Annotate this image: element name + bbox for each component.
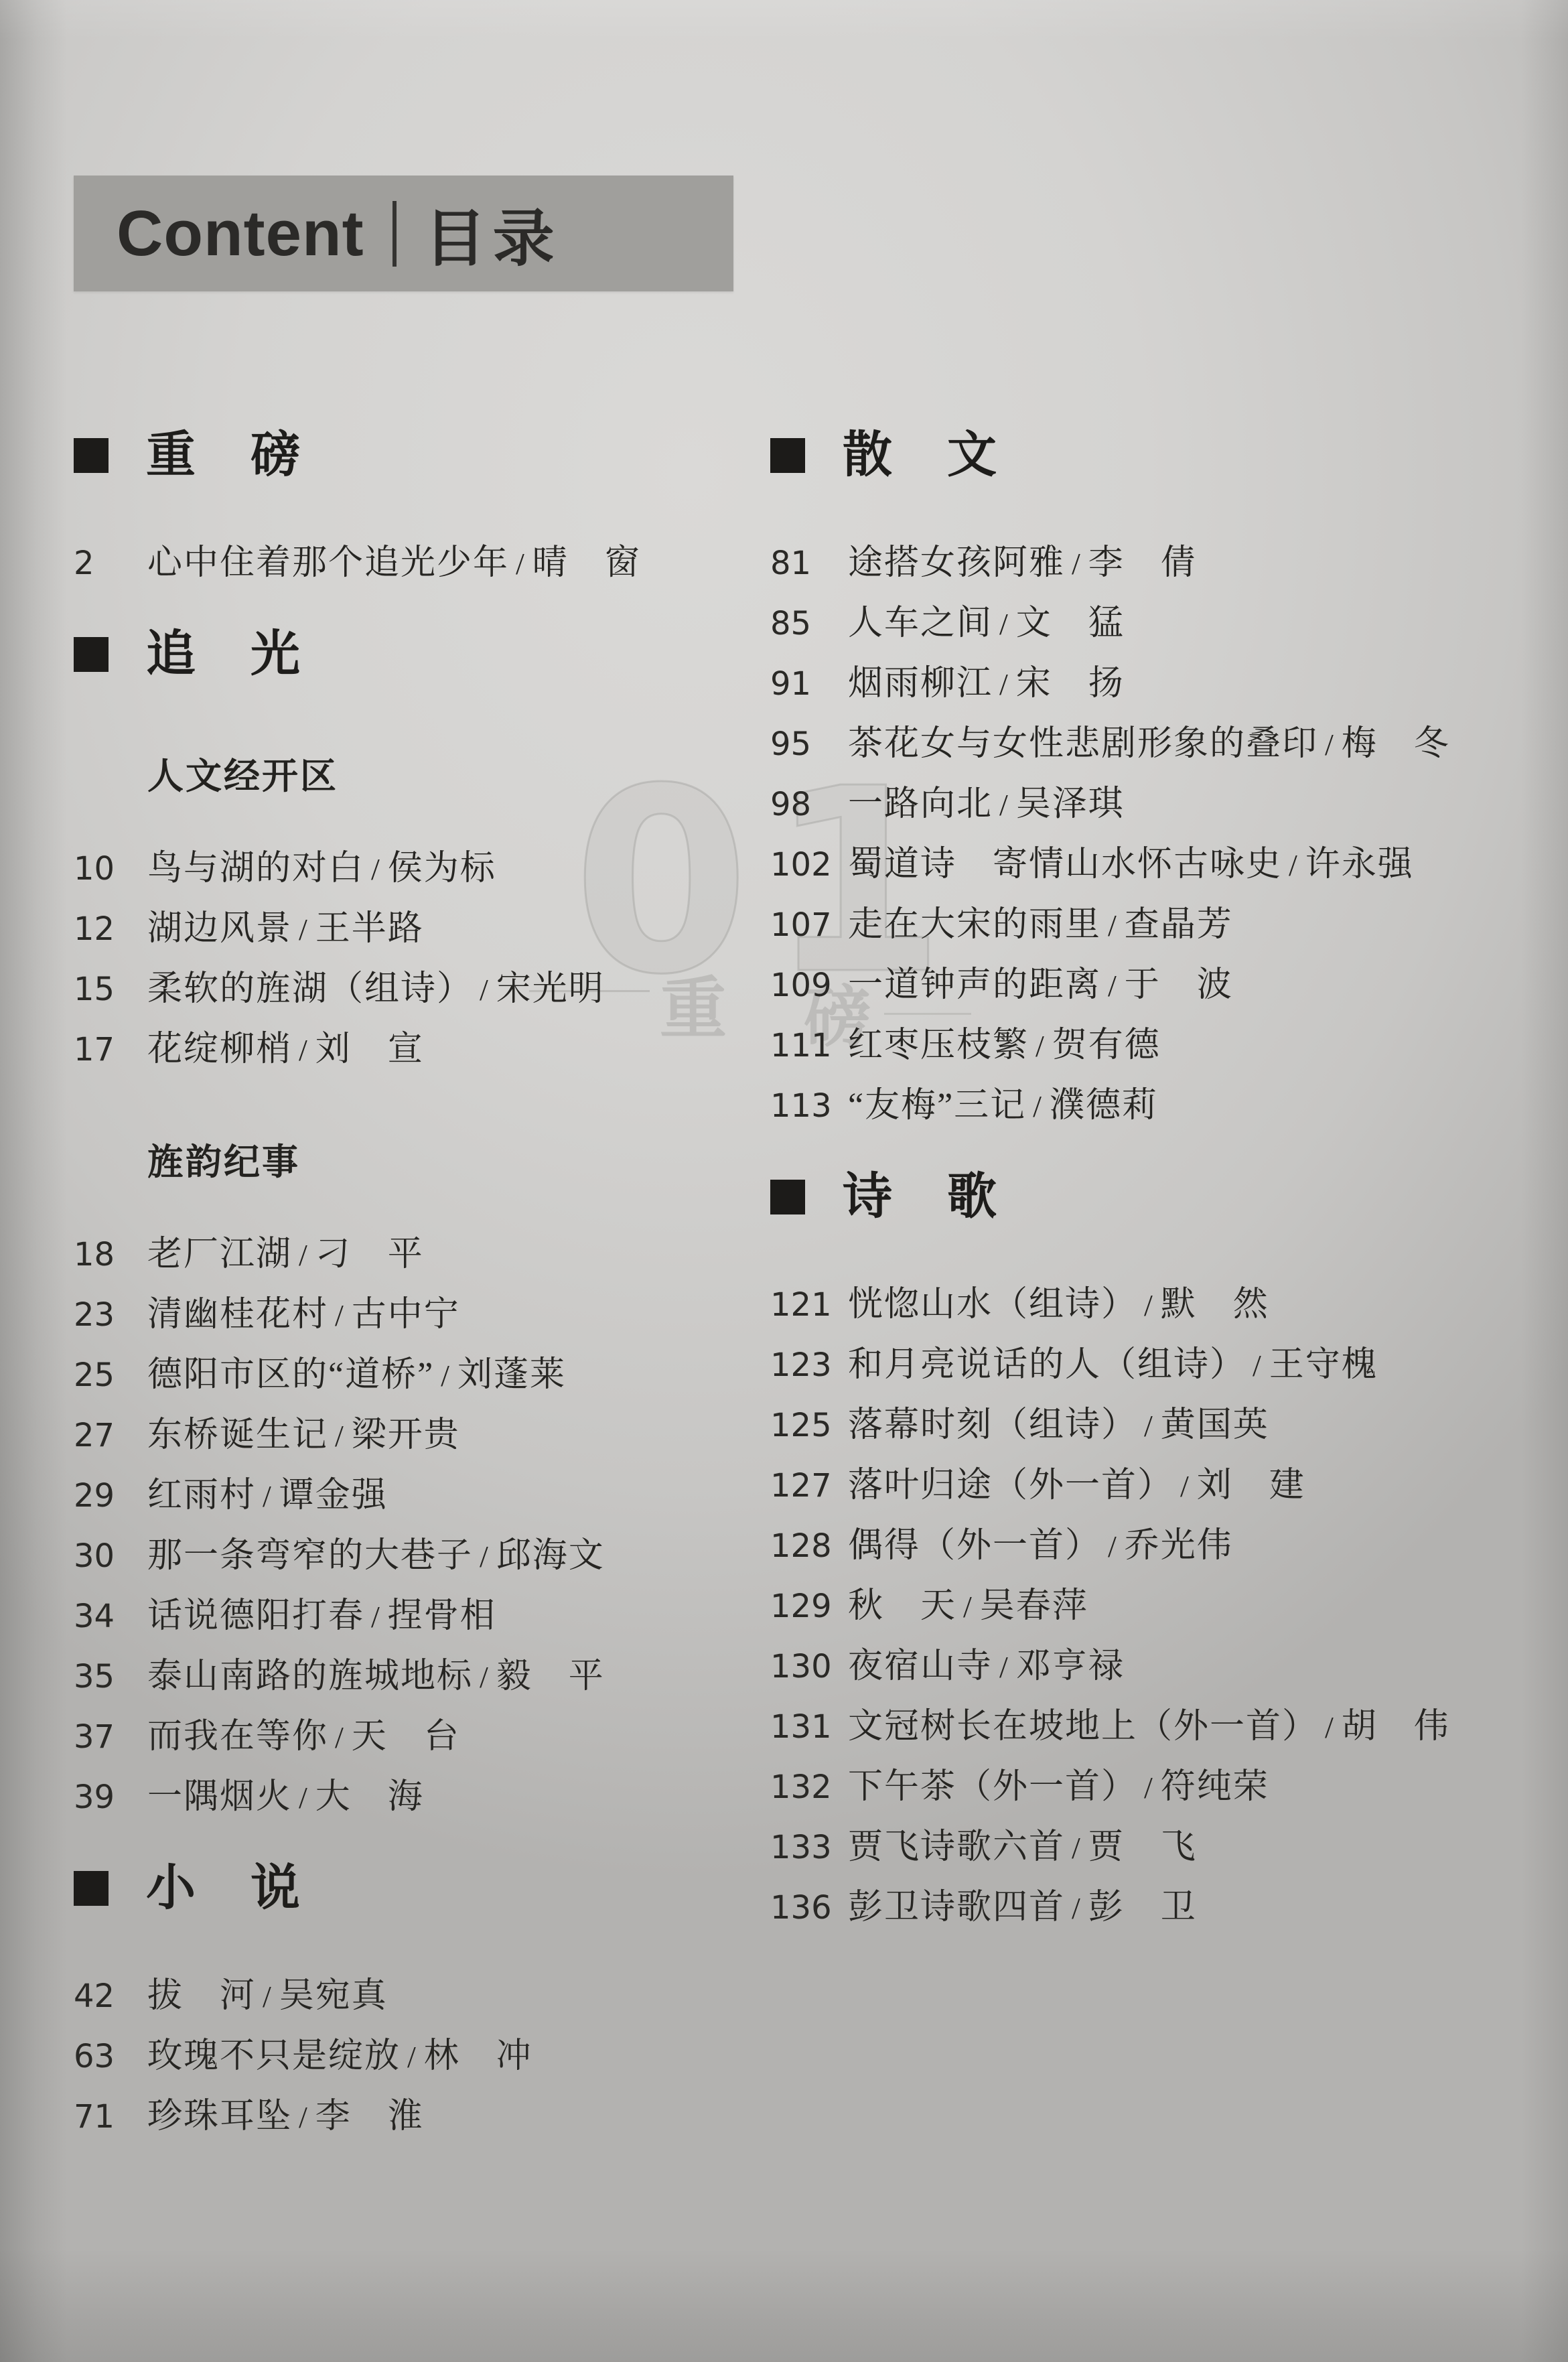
toc-entry: 10鸟与湖的对白/侯为标 — [74, 851, 750, 886]
toc-entry: 136彭卫诗歌四首/彭 卫 — [770, 1890, 1534, 1925]
entry-author: 文 猛 — [1016, 606, 1125, 641]
entry-author: 吴春萍 — [980, 1589, 1088, 1624]
entry-page-number: 132 — [770, 1770, 848, 1805]
entry-title: 夜宿山寺 — [848, 1649, 993, 1684]
entry-author: 刘 宣 — [315, 1032, 424, 1067]
section-marker-icon — [74, 1871, 109, 1906]
entry-page-number: 12 — [74, 912, 147, 947]
entry-separator: / — [441, 1359, 449, 1393]
entry-separator: / — [299, 912, 307, 947]
toc-entry: 39一隅烟火/大 海 — [74, 1780, 750, 1815]
entry-title: 红枣压枝繁 — [848, 1028, 1029, 1063]
entry-author: 邓亨禄 — [1016, 1649, 1125, 1684]
entry-title: 那一条弯窄的大巷子 — [147, 1539, 473, 1574]
toc-entry: 107走在大宋的雨里/查晶芳 — [770, 908, 1534, 943]
entry-title: 落幕时刻（组诗） — [848, 1408, 1137, 1443]
toc-entry: 98一路向北/吴泽琪 — [770, 787, 1534, 822]
entry-separator: / — [1325, 1710, 1334, 1745]
entry-title: 话说德阳打春 — [147, 1599, 364, 1634]
entry-title: 人车之间 — [848, 606, 993, 641]
entry-separator: / — [263, 1479, 271, 1514]
toc-entry: 35泰山南路的旌城地标/毅 平 — [74, 1659, 750, 1694]
subsection-label: 人文经开区 — [74, 758, 750, 794]
page-title-english: Content — [117, 197, 364, 271]
entry-page-number: 102 — [770, 847, 848, 882]
entry-separator: / — [335, 1298, 344, 1333]
entry-author: 贺有德 — [1052, 1028, 1161, 1063]
entry-page-number: 17 — [74, 1032, 147, 1067]
entry-title: 一隅烟火 — [147, 1780, 292, 1815]
entry-separator: / — [299, 2100, 307, 2135]
entry-page-number: 136 — [770, 1890, 848, 1925]
section-heading: 诗 歌 — [770, 1170, 1534, 1224]
toc-entry: 37而我在等你/天 台 — [74, 1720, 750, 1754]
entry-title: “友梅”三记 — [848, 1089, 1026, 1123]
entry-separator: / — [299, 1781, 307, 1815]
entry-separator: / — [1289, 848, 1297, 883]
entry-author: 刘蓬莱 — [457, 1358, 566, 1393]
toc-entry: 130夜宿山寺/邓亨禄 — [770, 1649, 1534, 1684]
entry-page-number: 15 — [74, 972, 147, 1007]
entry-separator: / — [999, 788, 1008, 823]
entry-page-number: 30 — [74, 1539, 147, 1574]
entry-page-number: 130 — [770, 1649, 848, 1684]
toc-entry: 131文冠树长在坡地上（外一首）/胡 伟 — [770, 1710, 1534, 1744]
toc-entry: 17花绽柳梢/刘 宣 — [74, 1032, 750, 1067]
entry-author: 宋 扬 — [1016, 667, 1125, 701]
section-heading: 小 说 — [74, 1862, 750, 1915]
entry-separator: / — [407, 2040, 416, 2075]
entry-separator: / — [335, 1419, 344, 1454]
entry-separator: / — [1144, 1770, 1153, 1805]
entry-author: 谭金强 — [279, 1478, 388, 1513]
entry-page-number: 121 — [770, 1288, 848, 1322]
entry-author: 宋光明 — [496, 972, 605, 1007]
entry-author: 许永强 — [1305, 847, 1414, 882]
entry-title: 下午茶（外一首） — [848, 1770, 1137, 1805]
entry-page-number: 35 — [74, 1659, 147, 1694]
toc-entry: 102蜀道诗 寄情山水怀古咏史/许永强 — [770, 847, 1534, 882]
entry-separator: / — [999, 1650, 1008, 1685]
toc-entry: 121恍惚山水（组诗）/默 然 — [770, 1288, 1534, 1322]
entry-title: 拔 河 — [147, 1979, 256, 2014]
section-label: 小 说 — [146, 1862, 303, 1915]
entry-title: 彭卫诗歌四首 — [848, 1890, 1065, 1925]
toc-entry: 113“友梅”三记/濮德莉 — [770, 1089, 1534, 1123]
entry-separator: / — [516, 547, 524, 581]
entry-author: 毅 平 — [496, 1659, 605, 1694]
entry-author: 王守槐 — [1269, 1348, 1378, 1383]
entry-separator: / — [999, 607, 1008, 642]
entry-title: 珍珠耳坠 — [147, 2099, 292, 2134]
entry-title: 玫瑰不只是绽放 — [147, 2039, 401, 2074]
entry-separator: / — [1144, 1288, 1153, 1323]
entry-title: 和月亮说话的人（组诗） — [848, 1348, 1246, 1383]
toc-entry: 27东桥诞生记/梁开贵 — [74, 1418, 750, 1453]
entry-separator: / — [1072, 1831, 1080, 1866]
toc-entry: 25德阳市区的“道桥”/刘蓬莱 — [74, 1358, 750, 1393]
entry-separator: / — [371, 852, 380, 887]
section-marker-icon — [770, 438, 805, 473]
entry-separator: / — [1144, 1409, 1153, 1444]
page-edge-shadow-bottom — [0, 2248, 1568, 2362]
entry-page-number: 23 — [74, 1298, 147, 1332]
entry-author: 贾 飞 — [1088, 1830, 1197, 1865]
section-marker-icon — [770, 1180, 805, 1214]
toc-entry: 111红枣压枝繁/贺有德 — [770, 1028, 1534, 1063]
page-edge-shadow-left — [0, 0, 67, 2362]
entry-author: 吴宛真 — [279, 1979, 388, 2014]
toc-entry: 128偶得（外一首）/乔光伟 — [770, 1529, 1534, 1564]
entry-author: 查晶芳 — [1125, 908, 1233, 943]
entry-separator: / — [371, 1600, 380, 1635]
entry-title: 贾飞诗歌六首 — [848, 1830, 1065, 1865]
entry-separator: / — [480, 1660, 488, 1695]
entry-author: 天 台 — [352, 1720, 460, 1754]
entry-author: 刁 平 — [315, 1237, 424, 1272]
section-label: 重 磅 — [146, 429, 303, 482]
toc-entry: 81途搭女孩阿雅/李 倩 — [770, 546, 1534, 581]
entry-title: 红雨村 — [147, 1478, 256, 1513]
entry-page-number: 109 — [770, 968, 848, 1003]
entry-title: 途搭女孩阿雅 — [848, 546, 1065, 581]
entry-separator: / — [480, 1539, 488, 1574]
entry-page-number: 113 — [770, 1089, 848, 1123]
entry-page-number: 98 — [770, 787, 848, 822]
subsection-label: 旌韵纪事 — [74, 1144, 750, 1180]
entry-title: 落叶归途（外一首） — [848, 1468, 1173, 1503]
entry-page-number: 127 — [770, 1468, 848, 1503]
entry-author: 乔光伟 — [1125, 1529, 1233, 1564]
entry-author: 符纯荣 — [1161, 1770, 1269, 1805]
page-edge-highlight-top — [0, 0, 1568, 40]
entry-title: 偶得（外一首） — [848, 1529, 1101, 1564]
entry-author: 彭 卫 — [1088, 1890, 1197, 1925]
entry-page-number: 27 — [74, 1418, 147, 1453]
entry-author: 李 淮 — [315, 2099, 424, 2134]
toc-column-right: 散 文81途搭女孩阿雅/李 倩85人车之间/文 猛91烟雨柳江/宋 扬95茶花女… — [770, 429, 1534, 1951]
entry-author: 捏骨相 — [388, 1599, 496, 1634]
entry-author: 大 海 — [315, 1780, 424, 1815]
entry-author: 侯为标 — [388, 851, 496, 886]
toc-entry: 129秋 天/吴春萍 — [770, 1589, 1534, 1624]
toc-page: 01 重 磅 Content 目录 重 磅2心中住着那个追光少年/晴 窗追 光人… — [0, 0, 1568, 2362]
entry-author: 默 然 — [1161, 1288, 1269, 1322]
entry-author: 邱海文 — [496, 1539, 605, 1574]
toc-entry: 71珍珠耳坠/李 淮 — [74, 2099, 750, 2134]
header-divider — [393, 201, 397, 267]
entry-separator: / — [1108, 969, 1117, 1003]
entry-author: 梅 冬 — [1342, 727, 1450, 762]
entry-page-number: 63 — [74, 2039, 147, 2074]
toc-entry: 23清幽桂花村/古中宁 — [74, 1298, 750, 1332]
entry-title: 德阳市区的“道桥” — [147, 1358, 434, 1393]
section-marker-icon — [74, 438, 109, 473]
entry-title: 一道钟声的距离 — [848, 968, 1101, 1003]
entry-page-number: 111 — [770, 1028, 848, 1063]
entry-author: 李 倩 — [1088, 546, 1197, 581]
toc-entry: 109一道钟声的距离/于 波 — [770, 968, 1534, 1003]
page-title-chinese: 目录 — [425, 190, 561, 278]
entry-page-number: 18 — [74, 1237, 147, 1272]
entry-page-number: 25 — [74, 1358, 147, 1393]
entry-title: 蜀道诗 寄情山水怀古咏史 — [848, 847, 1282, 882]
entry-author: 晴 窗 — [532, 546, 641, 581]
entry-author: 于 波 — [1125, 968, 1233, 1003]
entry-title: 东桥诞生记 — [147, 1418, 328, 1453]
entry-separator: / — [999, 667, 1008, 702]
page-header: Content 目录 — [74, 176, 733, 291]
entry-title: 一路向北 — [848, 787, 993, 822]
toc-entry: 34话说德阳打春/捏骨相 — [74, 1599, 750, 1634]
entry-author: 胡 伟 — [1342, 1710, 1450, 1744]
section-label: 追 光 — [146, 628, 303, 681]
entry-author: 古中宁 — [352, 1298, 460, 1332]
toc-entry: 127落叶归途（外一首）/刘 建 — [770, 1468, 1534, 1503]
toc-entry: 91烟雨柳江/宋 扬 — [770, 667, 1534, 701]
entry-separator: / — [1072, 1891, 1080, 1926]
toc-entry: 15柔软的旌湖（组诗）/宋光明 — [74, 972, 750, 1007]
entry-page-number: 29 — [74, 1478, 147, 1513]
toc-entry: 85人车之间/文 猛 — [770, 606, 1534, 641]
toc-entry: 2心中住着那个追光少年/晴 窗 — [74, 546, 750, 581]
entry-title: 文冠树长在坡地上（外一首） — [848, 1710, 1318, 1744]
entry-page-number: 39 — [74, 1780, 147, 1815]
entry-title: 秋 天 — [848, 1589, 956, 1624]
toc-entry: 18老厂江湖/刁 平 — [74, 1237, 750, 1272]
toc-entry: 63玫瑰不只是绽放/林 冲 — [74, 2039, 750, 2074]
toc-entry: 123和月亮说话的人（组诗）/王守槐 — [770, 1348, 1534, 1383]
entry-page-number: 123 — [770, 1348, 848, 1383]
entry-title: 而我在等你 — [147, 1720, 328, 1754]
entry-title: 鸟与湖的对白 — [147, 851, 364, 886]
entry-title: 心中住着那个追光少年 — [147, 546, 509, 581]
section-heading: 重 磅 — [74, 429, 750, 482]
entry-page-number: 81 — [770, 546, 848, 581]
entry-separator: / — [299, 1238, 307, 1273]
entry-separator: / — [1108, 908, 1117, 943]
entry-separator: / — [1325, 727, 1334, 762]
section-heading: 散 文 — [770, 429, 1534, 482]
section-label: 散 文 — [843, 429, 999, 482]
entry-separator: / — [480, 973, 488, 1008]
section-label: 诗 歌 — [843, 1170, 999, 1224]
entry-title: 清幽桂花村 — [147, 1298, 328, 1332]
entry-title: 茶花女与女性悲剧形象的叠印 — [848, 727, 1318, 762]
entry-author: 刘 建 — [1197, 1468, 1305, 1503]
entry-separator: / — [1108, 1529, 1117, 1564]
section-marker-icon — [74, 637, 109, 672]
entry-separator: / — [1072, 547, 1080, 581]
entry-author: 濮德莉 — [1050, 1089, 1158, 1123]
entry-page-number: 131 — [770, 1710, 848, 1744]
entry-page-number: 85 — [770, 606, 848, 641]
entry-author: 吴泽琪 — [1016, 787, 1125, 822]
toc-entry: 30那一条弯窄的大巷子/邱海文 — [74, 1539, 750, 1574]
entry-page-number: 71 — [74, 2099, 147, 2134]
toc-entry: 29红雨村/谭金强 — [74, 1478, 750, 1513]
entry-page-number: 128 — [770, 1529, 848, 1564]
entry-title: 花绽柳梢 — [147, 1032, 292, 1067]
entry-page-number: 91 — [770, 667, 848, 701]
toc-column-left: 重 磅2心中住着那个追光少年/晴 窗追 光人文经开区10鸟与湖的对白/侯为标12… — [74, 429, 750, 2160]
toc-entry: 132下午茶（外一首）/符纯荣 — [770, 1770, 1534, 1805]
entry-page-number: 37 — [74, 1720, 147, 1754]
entry-separator: / — [1033, 1089, 1042, 1124]
entry-title: 烟雨柳江 — [848, 667, 993, 701]
entry-page-number: 10 — [74, 851, 147, 886]
toc-entry: 12湖边风景/王半路 — [74, 912, 750, 947]
entry-page-number: 2 — [74, 546, 147, 581]
entry-author: 林 冲 — [424, 2039, 532, 2074]
entry-page-number: 34 — [74, 1599, 147, 1634]
entry-title: 老厂江湖 — [147, 1237, 292, 1272]
entry-separator: / — [1036, 1029, 1044, 1064]
toc-entry: 125落幕时刻（组诗）/黄国英 — [770, 1408, 1534, 1443]
toc-entry: 42拔 河/吴宛真 — [74, 1979, 750, 2014]
entry-title: 走在大宋的雨里 — [848, 908, 1101, 943]
entry-author: 黄国英 — [1161, 1408, 1269, 1443]
entry-separator: / — [263, 1979, 271, 2014]
entry-page-number: 42 — [74, 1979, 147, 2014]
entry-page-number: 95 — [770, 727, 848, 762]
entry-author: 梁开贵 — [352, 1418, 460, 1453]
section-heading: 追 光 — [74, 628, 750, 681]
entry-title: 恍惚山水（组诗） — [848, 1288, 1137, 1322]
entry-separator: / — [963, 1590, 972, 1624]
entry-author: 王半路 — [315, 912, 424, 947]
entry-title: 泰山南路的旌城地标 — [147, 1659, 473, 1694]
entry-page-number: 125 — [770, 1408, 848, 1443]
toc-entry: 133贾飞诗歌六首/贾 飞 — [770, 1830, 1534, 1865]
entry-separator: / — [1180, 1469, 1189, 1504]
entry-title: 柔软的旌湖（组诗） — [147, 972, 473, 1007]
entry-page-number: 133 — [770, 1830, 848, 1865]
entry-page-number: 129 — [770, 1589, 848, 1624]
entry-separator: / — [1253, 1348, 1261, 1383]
entry-separator: / — [299, 1033, 307, 1068]
entry-title: 湖边风景 — [147, 912, 292, 947]
entry-page-number: 107 — [770, 908, 848, 943]
toc-entry: 95茶花女与女性悲剧形象的叠印/梅 冬 — [770, 727, 1534, 762]
entry-separator: / — [335, 1720, 344, 1755]
